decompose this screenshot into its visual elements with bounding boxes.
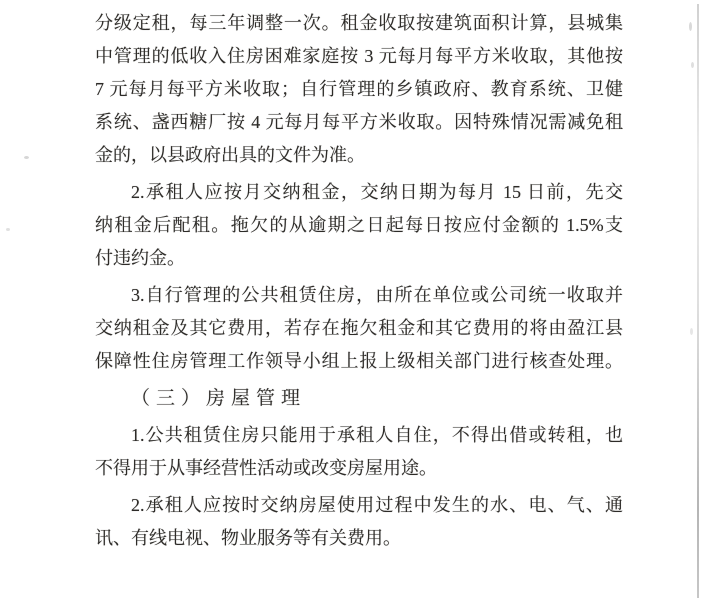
document-line: 分级定租，每三年调整一次。租金收取按建筑面积计算，县城集 (95, 7, 623, 40)
document-line: 交纳租金及其它费用，若存在拖欠租金和其它费用的将由盈江县 (95, 312, 623, 345)
scan-speck (24, 156, 29, 159)
paragraph-utility-fees: 2.承租人应按时交纳房屋使用过程中发生的水、电、气、通 讯、有线电视、物业服务等… (95, 489, 623, 555)
section-heading: （三）房屋管理 (95, 382, 623, 415)
document-page: 分级定租，每三年调整一次。租金收取按建筑面积计算，县城集 中管理的低收入住房困难… (0, 0, 705, 600)
paragraph-self-managed-housing: 3.自行管理的公共租赁住房，由所在单位或公司统一收取并 交纳租金及其它费用，若存… (95, 279, 623, 378)
document-line: 7 元每月每平方米收取；自行管理的乡镇政府、教育系统、卫健 (95, 73, 623, 106)
document-line: 2.承租人应按时交纳房屋使用过程中发生的水、电、气、通 (95, 489, 623, 522)
paragraph-self-use-only: 1.公共租赁住房只能用于承租人自住，不得出借或转租，也 不得用于从事经营性活动或… (95, 419, 623, 485)
document-line: 纳租金后配租。拖欠的从逾期之日起每日按应付金额的 1.5%支 (95, 209, 623, 242)
scan-speck (690, 328, 693, 335)
document-line: 不得用于从事经营性活动或改变房屋用途。 (95, 452, 623, 485)
paragraph-rent-payment: 2.承租人应按月交纳租金，交纳日期为每月 15 日前，先交 纳租金后配租。拖欠的… (95, 176, 623, 275)
document-text-block: 分级定租，每三年调整一次。租金收取按建筑面积计算，县城集 中管理的低收入住房困难… (95, 7, 623, 555)
document-line: 中管理的低收入住房困难家庭按 3 元每月每平方米收取，其他按 (95, 40, 623, 73)
document-line: 付违约金。 (95, 242, 623, 275)
scan-edge-line-artifact (697, 4, 699, 598)
document-line: 系统、盏西糖厂按 4 元每月每平方米收取。因特殊情况需减免租 (95, 106, 623, 139)
document-line: 保障性住房管理工作领导小组上报上级相关部门进行核查处理。 (95, 345, 623, 378)
section-heading-housing-management: （三）房屋管理 (95, 382, 623, 415)
scan-speck (6, 228, 10, 231)
scan-speck (691, 62, 694, 68)
scan-speck (689, 22, 692, 31)
document-line: 1.公共租赁住房只能用于承租人自住，不得出借或转租，也 (95, 419, 623, 452)
document-line: 金的，以县政府出具的文件为准。 (95, 139, 623, 172)
document-line: 3.自行管理的公共租赁住房，由所在单位或公司统一收取并 (95, 279, 623, 312)
paragraph-rent-rates: 分级定租，每三年调整一次。租金收取按建筑面积计算，县城集 中管理的低收入住房困难… (95, 7, 623, 172)
document-line: 讯、有线电视、物业服务等有关费用。 (95, 522, 623, 555)
document-line: 2.承租人应按月交纳租金，交纳日期为每月 15 日前，先交 (95, 176, 623, 209)
